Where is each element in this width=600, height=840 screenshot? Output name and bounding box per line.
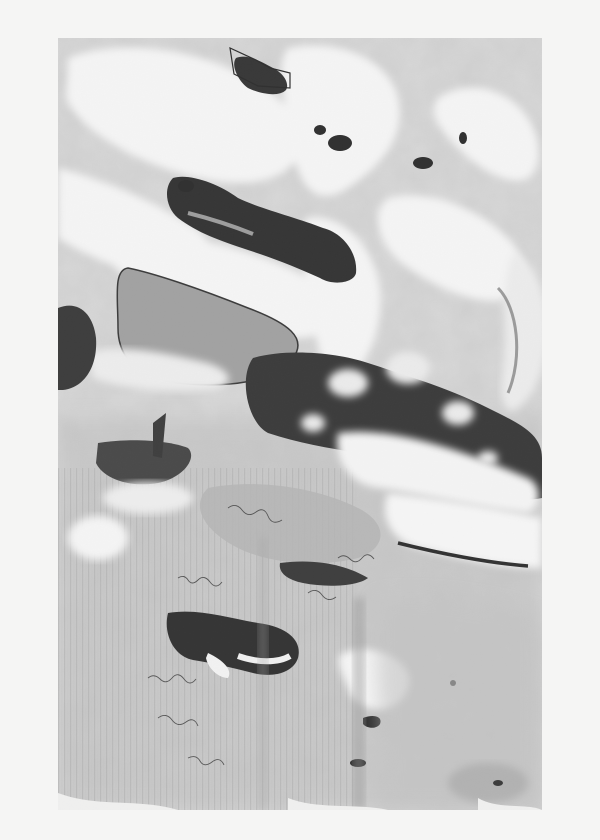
paper-background [0, 0, 600, 840]
abstract-print [58, 38, 542, 810]
artwork-canvas [58, 38, 542, 810]
